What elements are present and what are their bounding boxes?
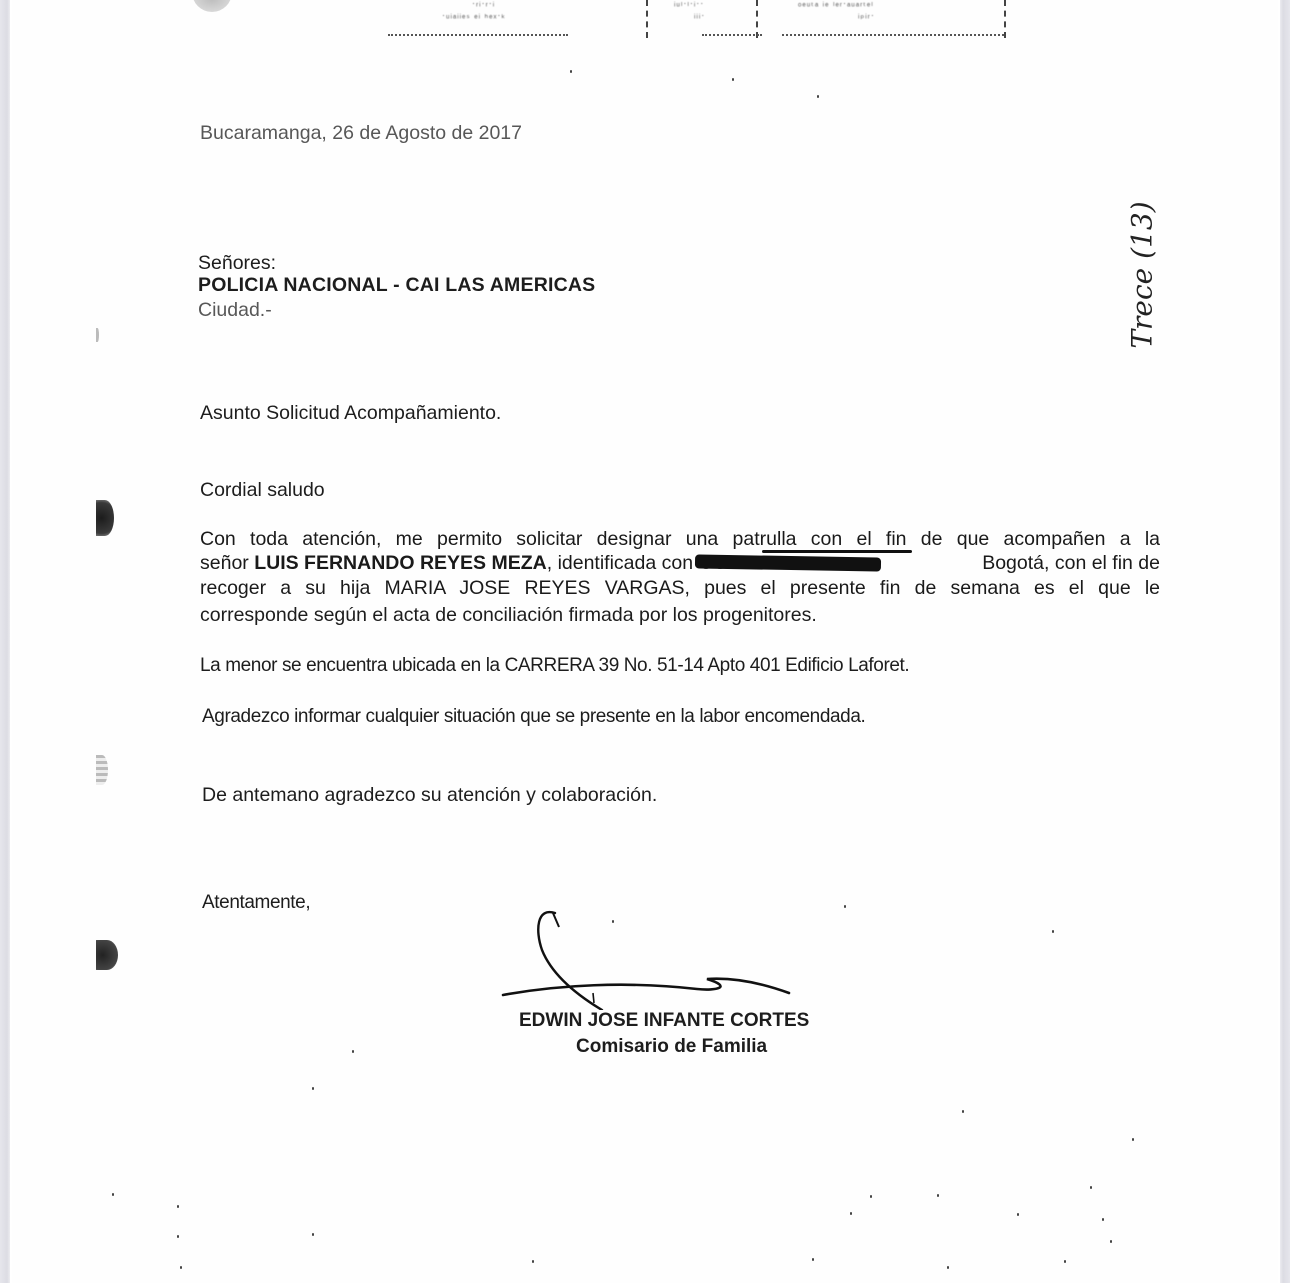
scan-speck xyxy=(612,920,614,923)
hole-punch-mark xyxy=(96,940,118,970)
scan-speck xyxy=(1132,1138,1134,1141)
scan-speck xyxy=(180,1266,182,1269)
signer-name: EDWIN JOSE INFANTE CORTES xyxy=(519,1010,809,1032)
scan-speck xyxy=(177,1205,179,1208)
stamp-text: ᵢᵢᵢ· xyxy=(694,10,705,20)
handwritten-folio-note: Trece (13) xyxy=(1107,170,1177,380)
scan-speck xyxy=(817,95,819,98)
greeting: Cordial saludo xyxy=(200,479,325,502)
signature xyxy=(497,905,797,1010)
body-paragraph-1-line-2: señor LUIS FERNANDO REYES MEZA, identifi… xyxy=(200,552,1160,575)
scan-speck xyxy=(312,1087,314,1090)
scan-speck xyxy=(312,1233,314,1236)
scan-speck xyxy=(850,1212,852,1215)
scan-speck xyxy=(962,1110,964,1113)
scan-artifact xyxy=(96,328,99,342)
body-paragraph-3: Agradezco informar cualquier situación q… xyxy=(202,706,865,728)
hole-punch-mark xyxy=(96,755,108,785)
stamp-text: ᵢₚᵢᵣ· xyxy=(858,10,875,21)
scan-speck xyxy=(112,1193,114,1196)
recipient-organization: POLICIA NACIONAL - CAI LAS AMERICAS xyxy=(198,274,595,297)
scan-speck xyxy=(947,1266,949,1269)
body-paragraph-1-line-3: recoger a su hija MARIA JOSE REYES VARGA… xyxy=(200,577,1160,600)
closing: Atentamente, xyxy=(202,892,310,914)
scan-speck xyxy=(844,905,846,908)
scan-speck xyxy=(352,1050,354,1053)
stamp-text: ·ᵣᵢ·ᵣ·ᵢ xyxy=(472,0,495,8)
body-paragraph-1-line-1: Con toda atención, me permito solicitar … xyxy=(200,528,1160,551)
scan-speck xyxy=(177,1235,179,1238)
header-stamp: ·ᵣᵢ·ᵣ·ᵢ ·ᵤᵢₐᵢᵢₑₛ ₑᵢ ₕₑₓ·ₖ ᵢᵤₗ·ₗ·ᵢ·· ᵢᵢᵢ·… xyxy=(182,0,1022,42)
stamp-dotted-line xyxy=(388,34,568,36)
scan-speck xyxy=(532,1260,534,1263)
scan-speck xyxy=(1102,1218,1104,1221)
scan-speck xyxy=(570,70,572,73)
redacted-id: CC. 79 xyxy=(699,552,877,575)
stamp-divider xyxy=(1004,0,1006,38)
stamp-text: ·ᵤᵢₐᵢᵢₑₛ ₑᵢ ₕₑₓ·ₖ xyxy=(442,10,506,21)
stamp-dotted-line xyxy=(782,34,1004,36)
hole-punch-mark xyxy=(96,500,114,536)
scan-speck xyxy=(812,1258,814,1261)
scan-speck xyxy=(1017,1213,1019,1216)
recipient-salutation: Señores: xyxy=(198,252,276,275)
body-paragraph-1-line-4: corresponde según el acta de conciliació… xyxy=(200,604,817,627)
scan-edge-left xyxy=(0,0,10,1283)
scan-speck xyxy=(1110,1240,1112,1243)
logo-icon xyxy=(192,0,232,12)
scan-speck xyxy=(732,78,734,81)
recipient-city: Ciudad.- xyxy=(198,299,272,322)
stamp-dotted-line xyxy=(702,34,762,36)
scan-speck xyxy=(937,1194,939,1197)
body-paragraph-4: De antemano agradezco su atención y cola… xyxy=(202,784,657,807)
stamp-text: ₒₑᵤₜₐ ᵢₑ ₗₑᵣ·ₐᵤₐᵣₜₑₗ xyxy=(798,0,874,9)
signer-title: Comisario de Familia xyxy=(576,1036,767,1058)
person-name: LUIS FERNANDO REYES MEZA xyxy=(254,552,547,574)
stamp-divider xyxy=(756,0,758,38)
place-date: Bucaramanga, 26 de Agosto de 2017 xyxy=(200,122,522,145)
stamp-text: ᵢᵤₗ·ₗ·ᵢ·· xyxy=(674,0,704,9)
document-page: ·ᵣᵢ·ᵣ·ᵢ ·ᵤᵢₐᵢᵢₑₛ ₑᵢ ₕₑₓ·ₖ ᵢᵤₗ·ₗ·ᵢ·· ᵢᵢᵢ·… xyxy=(12,0,1278,1283)
scan-speck xyxy=(1052,930,1054,933)
subject-line: Asunto Solicitud Acompañamiento. xyxy=(200,402,501,425)
scan-speck xyxy=(1064,1260,1066,1263)
scan-speck xyxy=(1090,1186,1092,1189)
scan-edge-right xyxy=(1280,0,1290,1283)
stamp-divider xyxy=(646,0,648,38)
scan-speck xyxy=(870,1195,872,1198)
body-paragraph-2: La menor se encuentra ubicada en la CARR… xyxy=(200,655,909,677)
